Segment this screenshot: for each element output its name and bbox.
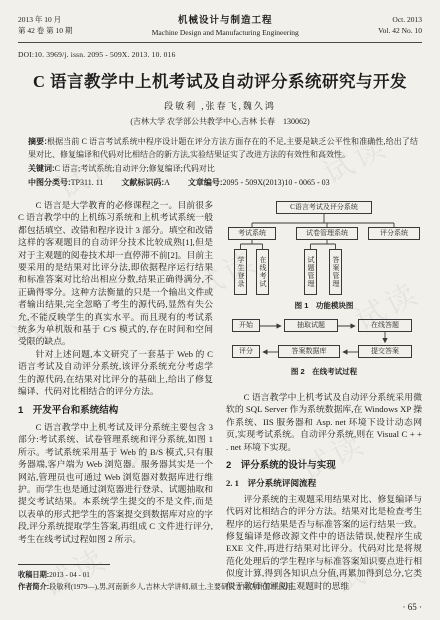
- fig2-box-submit-answer: 提交答案: [358, 345, 412, 358]
- keywords-line: 关键词:C 语言;考试系统;自动评分;修复编译;代码对比: [28, 162, 418, 175]
- header-right: Oct. 2013 Vol. 42 No. 10: [378, 14, 422, 36]
- article-title: C 语言教学中上机考试及自动评分系统研究与开发: [18, 68, 422, 92]
- abstract-text: 根据当前 C 语言考试系统中程序设计题在评分方法方面存在的不足,主要是缺乏公平性…: [28, 137, 418, 159]
- article-id-value: 2095 - 509X(2013)10 - 0065 - 03: [223, 178, 330, 187]
- abstract-block: 摘要:根据当前 C 语言考试系统中程序设计题在评分方法方面存在的不足,主要是缺乏…: [28, 135, 418, 161]
- page-footer: 收稿日期:2013 - 04 - 01 作者简介:段敏利(1979—),男,河南…: [18, 564, 422, 612]
- received-date-line: 收稿日期:2013 - 04 - 01: [18, 569, 422, 581]
- platform-paragraph: C 语言教学中上机考试及自动评分系统采用微软的 SQL Server 作为系统数…: [226, 391, 422, 453]
- figure-1: C语言考试及评分系统 考试系统 试卷管理系统 评分系统 学生登录 在线考试 试题…: [226, 201, 422, 313]
- column-left: C 语言是大学教育的必修课程之一。目前很多 C 语言教学中的上机练习系统和上机考…: [18, 199, 213, 592]
- body-columns: C 语言是大学教育的必修课程之一。目前很多 C 语言教学中的上机练习系统和上机考…: [18, 199, 422, 592]
- header-issue-cn: 第 42 卷 第 10 期: [18, 25, 72, 36]
- keywords-text: C 语言;考试系统;自动评分;修复编译;代码对比: [55, 164, 215, 173]
- fig2-box-answer-database: 答案数据库: [278, 345, 340, 358]
- header-issue-en: Vol. 42 No. 10: [378, 25, 422, 36]
- figure-2: 开始 抽取试题 在线答题 评分 答案数据库 提交答案 图 2 在线考试过程: [226, 319, 422, 385]
- column-right: C语言考试及评分系统 考试系统 试卷管理系统 评分系统 学生登录 在线考试 试题…: [226, 199, 422, 592]
- received-date-label: 收稿日期:: [18, 570, 49, 579]
- authors-line: 段敏利 ,张春飞,魏久鸿: [18, 99, 422, 112]
- intro-paragraph-1: C 语言是大学教育的必修课程之一。目前很多 C 语言教学中的上机练习系统和上机考…: [18, 199, 213, 348]
- fig1-box-paper-mgmt-system: 试卷管理系统: [296, 227, 358, 240]
- header-left: 2013 年 10 月 第 42 卷 第 10 期: [18, 14, 72, 36]
- author-bio-label: 作者简介:: [18, 582, 49, 591]
- section-2-heading: 2 评分系统的设计与实现: [226, 460, 422, 472]
- author-bio-text: 段敏利(1979—),男,河南新乡人,吉林大学讲师,硕士,主要研究方向为计算机应…: [49, 583, 300, 591]
- section-1-paragraph: C 语言教学中上机考试及评分系统主要包含 3 部分:考试系统、试卷管理系统和评分…: [18, 421, 213, 545]
- abstract-label: 摘要:: [28, 137, 47, 146]
- fig2-box-scoring: 评分: [232, 345, 260, 358]
- fig1-box-exam-system: 考试系统: [228, 227, 276, 240]
- fig1-box-scoring-system: 评分系统: [368, 227, 420, 240]
- received-date-value: 2013 - 04 - 01: [49, 571, 90, 579]
- figure-2-caption: 图 2 在线考试过程: [226, 366, 422, 378]
- doc-code-segment: 文献标识码:A: [121, 176, 169, 189]
- article-id-label: 文章编号:: [188, 178, 223, 187]
- clc-value: TP311. 11: [71, 178, 104, 187]
- paper-page: 试读 试读 试读 试读 试读 试读 试读 试读 试读 2013 年 10 月 第…: [0, 0, 440, 620]
- fig1-box-root: C语言考试及评分系统: [276, 201, 372, 214]
- article-id-segment: 文章编号:2095 - 509X(2013)10 - 0065 - 03: [188, 176, 330, 189]
- section-2-1-heading: 2. 1 评分系统评阅流程: [226, 477, 422, 489]
- footnote-rule: [18, 564, 110, 565]
- journal-name-en: Machine Design and Manufacturing Enginee…: [152, 28, 299, 37]
- clc-label: 中图分类号:: [28, 178, 71, 187]
- header-center: 机械设计与制造工程 Machine Design and Manufacturi…: [152, 12, 299, 37]
- fig2-box-start: 开始: [232, 319, 260, 332]
- fig1-box-student-login: 学生登录: [234, 249, 247, 295]
- clc-segment: 中图分类号:TP311. 11: [28, 176, 103, 189]
- doc-code-value: A: [164, 178, 170, 187]
- author-bio-line: 作者简介:段敏利(1979—),男,河南新乡人,吉林大学讲师,硕士,主要研究方向…: [18, 581, 422, 593]
- fig2-box-draw-questions: 抽取试题: [284, 319, 338, 332]
- keywords-label: 关键词:: [28, 164, 55, 173]
- intro-paragraph-2: 针对上述问题,本文研究了一套基于 Web 的 C 语言考试及自动评分系统,该评分…: [18, 348, 213, 398]
- doc-code-label: 文献标识码:: [121, 178, 164, 187]
- doi-line: DOI:10. 3969/j. issn. 2095 - 509X. 2013.…: [18, 50, 422, 59]
- fig1-box-online-exam: 在线考试: [256, 249, 269, 295]
- section-1-heading: 1 开发平台和系统结构: [18, 405, 213, 417]
- fig2-box-online-answer: 在线答题: [358, 319, 412, 332]
- journal-name-cn: 机械设计与制造工程: [152, 12, 299, 26]
- figure-1-caption: 图 1 功能模块图: [226, 300, 422, 312]
- classification-line: 中图分类号:TP311. 11 文献标识码:A 文章编号:2095 - 509X…: [28, 176, 418, 189]
- fig1-box-answer-mgmt: 答案管理: [329, 249, 342, 295]
- journal-header: 2013 年 10 月 第 42 卷 第 10 期 机械设计与制造工程 Mach…: [18, 12, 422, 43]
- fig1-box-question-mgmt: 试题管理: [304, 249, 317, 295]
- page-number: · 65 ·: [18, 602, 422, 612]
- header-date-en: Oct. 2013: [378, 14, 422, 25]
- affiliation-line: (吉林大学 农学部公共教学中心,吉林 长春 130062): [18, 116, 422, 127]
- header-date-cn: 2013 年 10 月: [18, 14, 72, 25]
